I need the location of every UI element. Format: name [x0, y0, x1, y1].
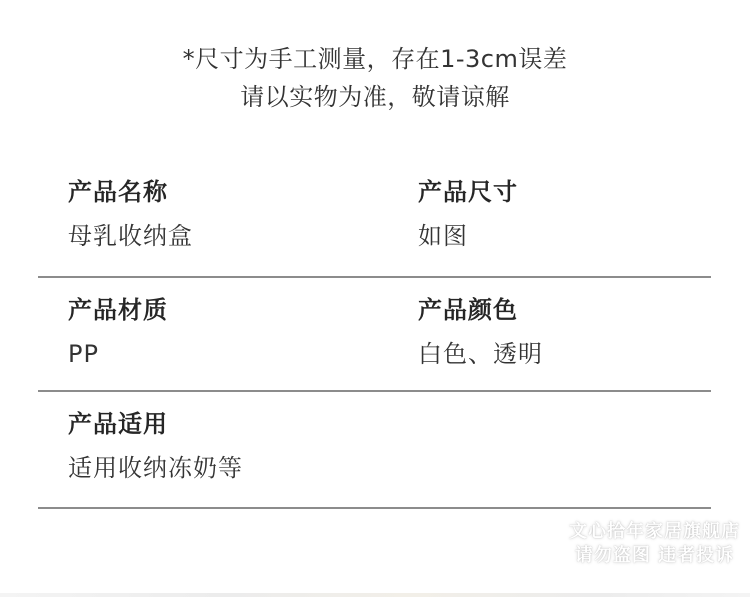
spec-row: 产品材质 PP 产品颜色 白色、透明 — [38, 278, 711, 392]
spec-value: PP — [68, 336, 168, 372]
spec-value: 白色、透明 — [418, 336, 543, 372]
spec-cell-product-usage: 产品适用 适用收纳冻奶等 — [68, 406, 243, 486]
measurement-notice: *尺寸为手工测量，存在1-3cm误差 请以实物为准，敬请谅解 — [0, 40, 750, 116]
watermark-store-name: 文心拾年家居旗舰店 — [569, 520, 740, 544]
spec-label: 产品适用 — [68, 406, 243, 442]
watermark-warning: 请勿盗图 违者投诉 — [569, 544, 740, 568]
spec-cell-product-name: 产品名称 母乳收纳盒 — [68, 174, 193, 254]
product-spec-table: 产品名称 母乳收纳盒 产品尺寸 如图 产品材质 PP 产品颜色 白色、透明 产品… — [38, 160, 711, 509]
spec-value: 如图 — [418, 218, 518, 254]
spec-cell-product-material: 产品材质 PP — [68, 292, 168, 372]
store-watermark: 文心拾年家居旗舰店 请勿盗图 违者投诉 — [569, 520, 740, 568]
spec-value: 适用收纳冻奶等 — [68, 450, 243, 486]
notice-line-2: 请以实物为准，敬请谅解 — [0, 78, 750, 116]
spec-label: 产品名称 — [68, 174, 193, 210]
bottom-image-edge — [0, 593, 750, 597]
spec-label: 产品颜色 — [418, 292, 543, 328]
spec-label: 产品尺寸 — [418, 174, 518, 210]
notice-line-1: *尺寸为手工测量，存在1-3cm误差 — [0, 40, 750, 78]
spec-cell-product-color: 产品颜色 白色、透明 — [418, 292, 543, 372]
spec-row: 产品名称 母乳收纳盒 产品尺寸 如图 — [38, 160, 711, 278]
spec-cell-product-size: 产品尺寸 如图 — [418, 174, 518, 254]
spec-value: 母乳收纳盒 — [68, 218, 193, 254]
spec-row: 产品适用 适用收纳冻奶等 — [38, 392, 711, 509]
spec-label: 产品材质 — [68, 292, 168, 328]
